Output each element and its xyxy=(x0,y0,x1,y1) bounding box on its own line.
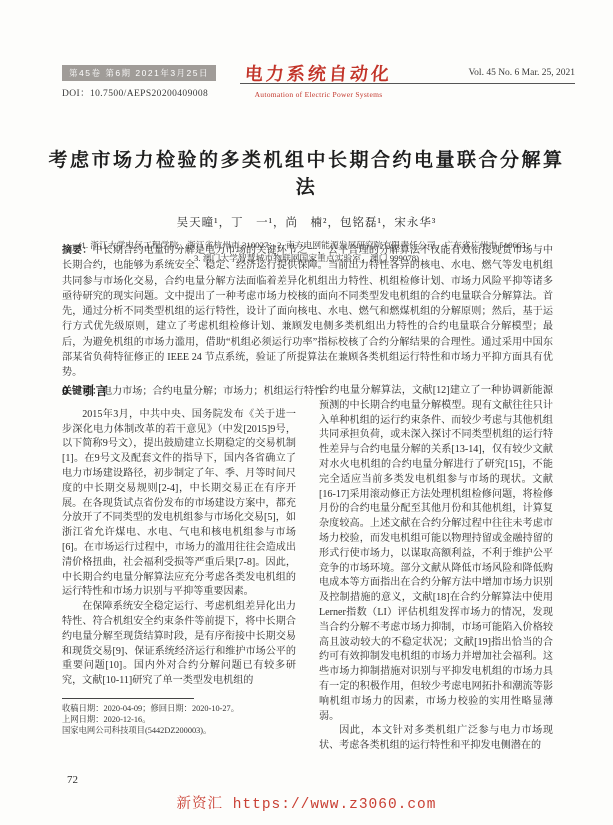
header-divider xyxy=(240,83,575,84)
right-column: 合约电量分解算法，文献[12]建立了一种协调新能源预测的中长期合约电量分解模型。… xyxy=(319,384,553,754)
abstract-paragraph: 摘要：中长期合约电量的分解是电力市场的关键环节之一，公平合理的分解算法不仅能有效… xyxy=(62,243,553,381)
page-number: 72 xyxy=(67,774,78,786)
watermark: 新资汇 https://www.z3060.com xyxy=(0,792,613,813)
abstract-text: 中长期合约电量的分解是电力市场的关键环节之一，公平合理的分解算法不仅能有效衔接现… xyxy=(62,245,553,378)
issue-info-en: Vol. 45 No. 6 Mar. 25, 2021 xyxy=(469,68,575,78)
journal-logo-subtitle: Automation of Electric Power Systems xyxy=(62,90,575,99)
section-heading-intro: 0 引言 xyxy=(62,384,296,399)
authors-line: 吴天曈¹，丁 一¹，尚 楠²，包铭磊¹，宋永华³ xyxy=(40,214,573,230)
footnote-funding: 国家电网公司科技项目(5442DZ200003)。 xyxy=(62,726,296,737)
body-columns: 0 引言 2015年3月，中共中央、国务院发布《关于进一步深化电力体制改革的若干… xyxy=(62,384,553,754)
abstract-label: 摘要： xyxy=(62,245,92,256)
footnote-divider xyxy=(62,698,194,699)
paper-page: 第45卷 第6期 2021年3月25日 DOI：10.7500/AEPS2020… xyxy=(0,0,613,825)
right-paragraph-2: 因此，本文针对多类机组广泛参与电力市场现状、考虑各类机组的运行特性和平抑发电侧潜… xyxy=(319,724,553,754)
abstract-block: 摘要：中长期合约电量的分解是电力市场的关键环节之一，公平合理的分解算法不仅能有效… xyxy=(62,243,553,399)
paper-title: 考虑市场力检验的多类机组中长期合约电量联合分解算法 xyxy=(40,145,573,199)
left-column: 0 引言 2015年3月，中共中央、国务院发布《关于进一步深化电力体制改革的若干… xyxy=(62,384,296,754)
left-paragraph-2: 在保障系统安全稳定运行、考虑机组差异化出力特性、符合机组安全约束条件等前提下，将… xyxy=(62,600,296,689)
footnote-online-date: 上网日期：2020-12-16。 xyxy=(62,715,296,726)
journal-header: 第45卷 第6期 2021年3月25日 DOI：10.7500/AEPS2020… xyxy=(62,60,575,102)
right-paragraph-1: 合约电量分解算法，文献[12]建立了一种协调新能源预测的中长期合约电量分解模型。… xyxy=(319,384,553,724)
footnote-block: 收稿日期：2020-04-09；修回日期：2020-10-27。 上网日期：20… xyxy=(62,698,296,736)
journal-logo-block: 电力系统自动化 Automation of Electric Power Sys… xyxy=(62,60,575,99)
footnote-received-dates: 收稿日期：2020-04-09；修回日期：2020-10-27。 xyxy=(62,704,296,715)
left-paragraph-1: 2015年3月，中共中央、国务院发布《关于进一步深化电力体制改革的若干意见》（中… xyxy=(62,408,296,600)
